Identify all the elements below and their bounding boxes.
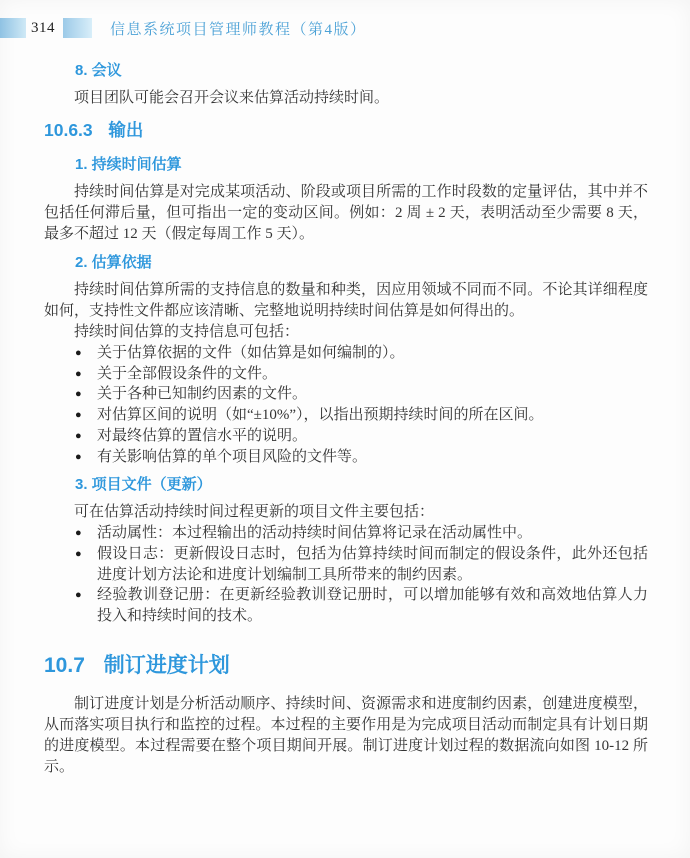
list-item: ●对估算区间的说明（如“±10%”），以指出预期持续时间的所在区间。 (75, 405, 648, 426)
list-item-text: 关于估算依据的文件（如估算是如何编制的）。 (97, 345, 405, 361)
paragraph-duration: 持续时间估算是对完成某项活动、阶段或项目所需的工作时段数的定量评估，其中并不包括… (44, 182, 648, 245)
paragraph-schedule: 制订进度计划是分析活动顺序、持续时间、资源需求和进度制约因素，创建进度模型，从而… (44, 694, 648, 778)
header-band2-icon (63, 18, 92, 38)
list-item-text: 活动属性：本过程输出的活动持续时间估算将记录在活动属性中。 (97, 525, 532, 541)
bullet-icon: ● (75, 426, 82, 447)
book-page: 314 信息系统项目管理师教程（第4版） 8. 会议 项目团队可能会召开会议来估… (0, 0, 690, 858)
bullet-icon: ● (75, 405, 82, 426)
page-header: 314 信息系统项目管理师教程（第4版） (0, 0, 690, 39)
list-item-text: 对最终估算的置信水平的说明。 (97, 428, 307, 444)
list-item: ●对最终估算的置信水平的说明。 (75, 426, 648, 447)
list-item: ●有关影响估算的单个项目风险的文件等。 (75, 447, 648, 468)
list-item: ●经验教训登记册：在更新经验教训登记册时，可以增加能够有效和高效地估算人力投入和… (75, 585, 648, 626)
list-item: ●活动属性：本过程输出的活动持续时间估算将记录在活动属性中。 (75, 523, 648, 544)
section-heading-10-6-3: 10.6.3输出 (44, 118, 648, 142)
page-body: 8. 会议 项目团队可能会召开会议来估算活动持续时间。 10.6.3输出 1. … (0, 60, 690, 778)
subheading-project-files: 3. 项目文件（更新） (75, 474, 648, 495)
section-title: 输出 (108, 120, 143, 140)
page-number: 314 (31, 20, 55, 37)
subheading-estimate-basis: 2. 估算依据 (75, 252, 648, 273)
bullet-icon: ● (75, 585, 82, 606)
subheading-duration-estimate: 1. 持续时间估算 (75, 154, 648, 175)
list-item-text: 对估算区间的说明（如“±10%”），以指出预期持续时间的所在区间。 (97, 407, 544, 423)
paragraph-basis-1: 持续时间估算所需的支持信息的数量和种类，因应用领域不同而不同。不论其详细程度如何… (44, 280, 648, 322)
list-item-text: 经验教训登记册：在更新经验教训登记册时，可以增加能够有效和高效地估算人力投入和持… (97, 587, 648, 624)
bullet-icon: ● (75, 544, 82, 565)
section-heading-10-7: 10.7制订进度计划 (44, 652, 648, 680)
bullet-icon: ● (75, 447, 82, 468)
files-bullet-list: ●活动属性：本过程输出的活动持续时间估算将记录在活动属性中。 ●假设日志：更新假… (44, 523, 648, 627)
paragraph-meetings: 项目团队可能会召开会议来估算活动持续时间。 (44, 88, 648, 109)
list-item-text: 假设日志：更新假设日志时，包括为估算持续时间而制定的假设条件，此外还包括进度计划… (97, 546, 648, 583)
book-title: 信息系统项目管理师教程（第4版） (110, 18, 367, 39)
header-band-icon (0, 18, 26, 38)
paragraph-files: 可在估算活动持续时间过程更新的项目文件主要包括： (44, 502, 648, 523)
bullet-icon: ● (75, 523, 82, 544)
list-item: ●假设日志：更新假设日志时，包括为估算持续时间而制定的假设条件，此外还包括进度计… (75, 544, 648, 585)
paragraph-basis-2: 持续时间估算的支持信息可包括： (44, 322, 648, 343)
list-item: ●关于估算依据的文件（如估算是如何编制的）。 (75, 343, 648, 364)
list-item: ●关于全部假设条件的文件。 (75, 364, 648, 385)
bullet-icon: ● (75, 343, 82, 364)
bullet-icon: ● (75, 384, 82, 405)
bullet-icon: ● (75, 364, 82, 385)
section-number: 10.6.3 (44, 120, 93, 140)
subheading-meetings: 8. 会议 (75, 60, 648, 81)
list-item-text: 有关影响估算的单个项目风险的文件等。 (97, 449, 367, 465)
list-item-text: 关于各种已知制约因素的文件。 (97, 386, 307, 402)
basis-bullet-list: ●关于估算依据的文件（如估算是如何编制的）。 ●关于全部假设条件的文件。 ●关于… (44, 343, 648, 467)
list-item: ●关于各种已知制约因素的文件。 (75, 384, 648, 405)
section-title: 制订进度计划 (104, 654, 230, 677)
section-number: 10.7 (44, 654, 85, 677)
list-item-text: 关于全部假设条件的文件。 (97, 366, 277, 382)
